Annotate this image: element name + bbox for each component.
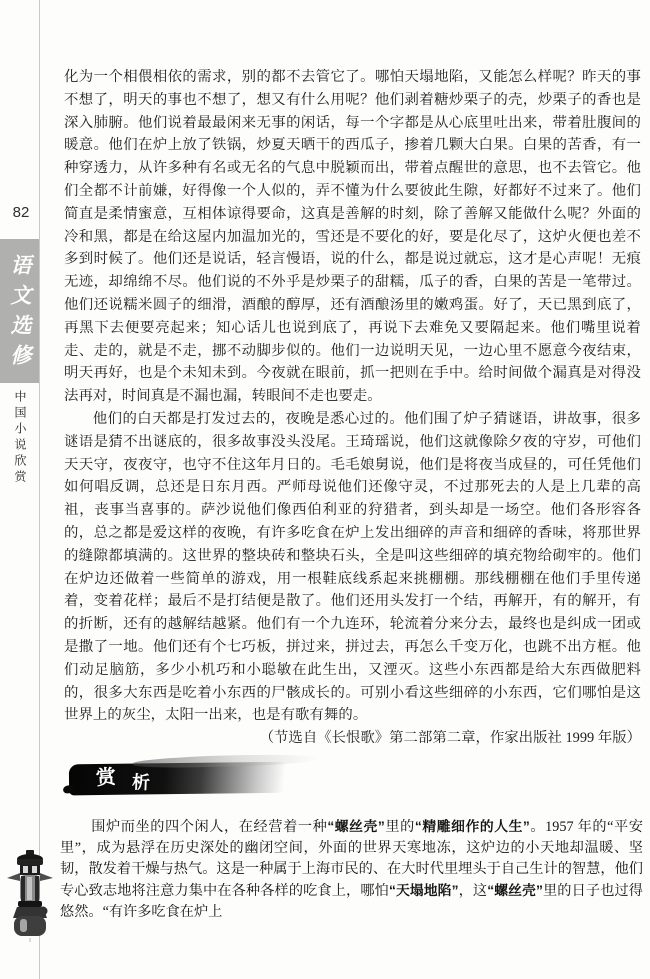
excerpt-paragraph-2: 他们的白天都是打发过去的，夜晚是悉心过的。他们围了炉子猜谜语，讲故事，很多谜语是… xyxy=(64,408,641,727)
subseries-title: 中国小说欣赏 xyxy=(0,390,39,486)
banner-char-xi: 析 xyxy=(132,773,151,792)
excerpt-citation: （节选自《长恨歌》第二部第二章，作家出版社 1999 年版） xyxy=(64,727,641,750)
sidebar-divider xyxy=(39,0,40,979)
excerpt-paragraph-1: 化为一个相偎相依的需求，别的都不去管它了。哪怕天塌地陷，又能怎么样呢？昨天的事不… xyxy=(64,66,641,408)
lantern-icon xyxy=(6,850,54,947)
series-banner: 语文选修 xyxy=(0,239,39,383)
analysis-paragraph: 围炉而坐的四个闲人，在经营着一种“螺丝壳”里的“精雕细作的人生”。1957 年的… xyxy=(60,816,643,923)
analysis-banner: 赏 析 xyxy=(69,762,297,796)
excerpt-content: 化为一个相偎相依的需求，别的都不去管它了。哪怕天塌地陷，又能怎么样呢？昨天的事不… xyxy=(64,66,641,923)
banner-char-shang: 赏 xyxy=(95,767,117,789)
page-number: 82 xyxy=(6,204,36,221)
book-page: 82 语文选修 中国小说欣赏 化为一个相偎相依的需求，别的都不去管它了。哪怕天塌… xyxy=(0,0,650,979)
